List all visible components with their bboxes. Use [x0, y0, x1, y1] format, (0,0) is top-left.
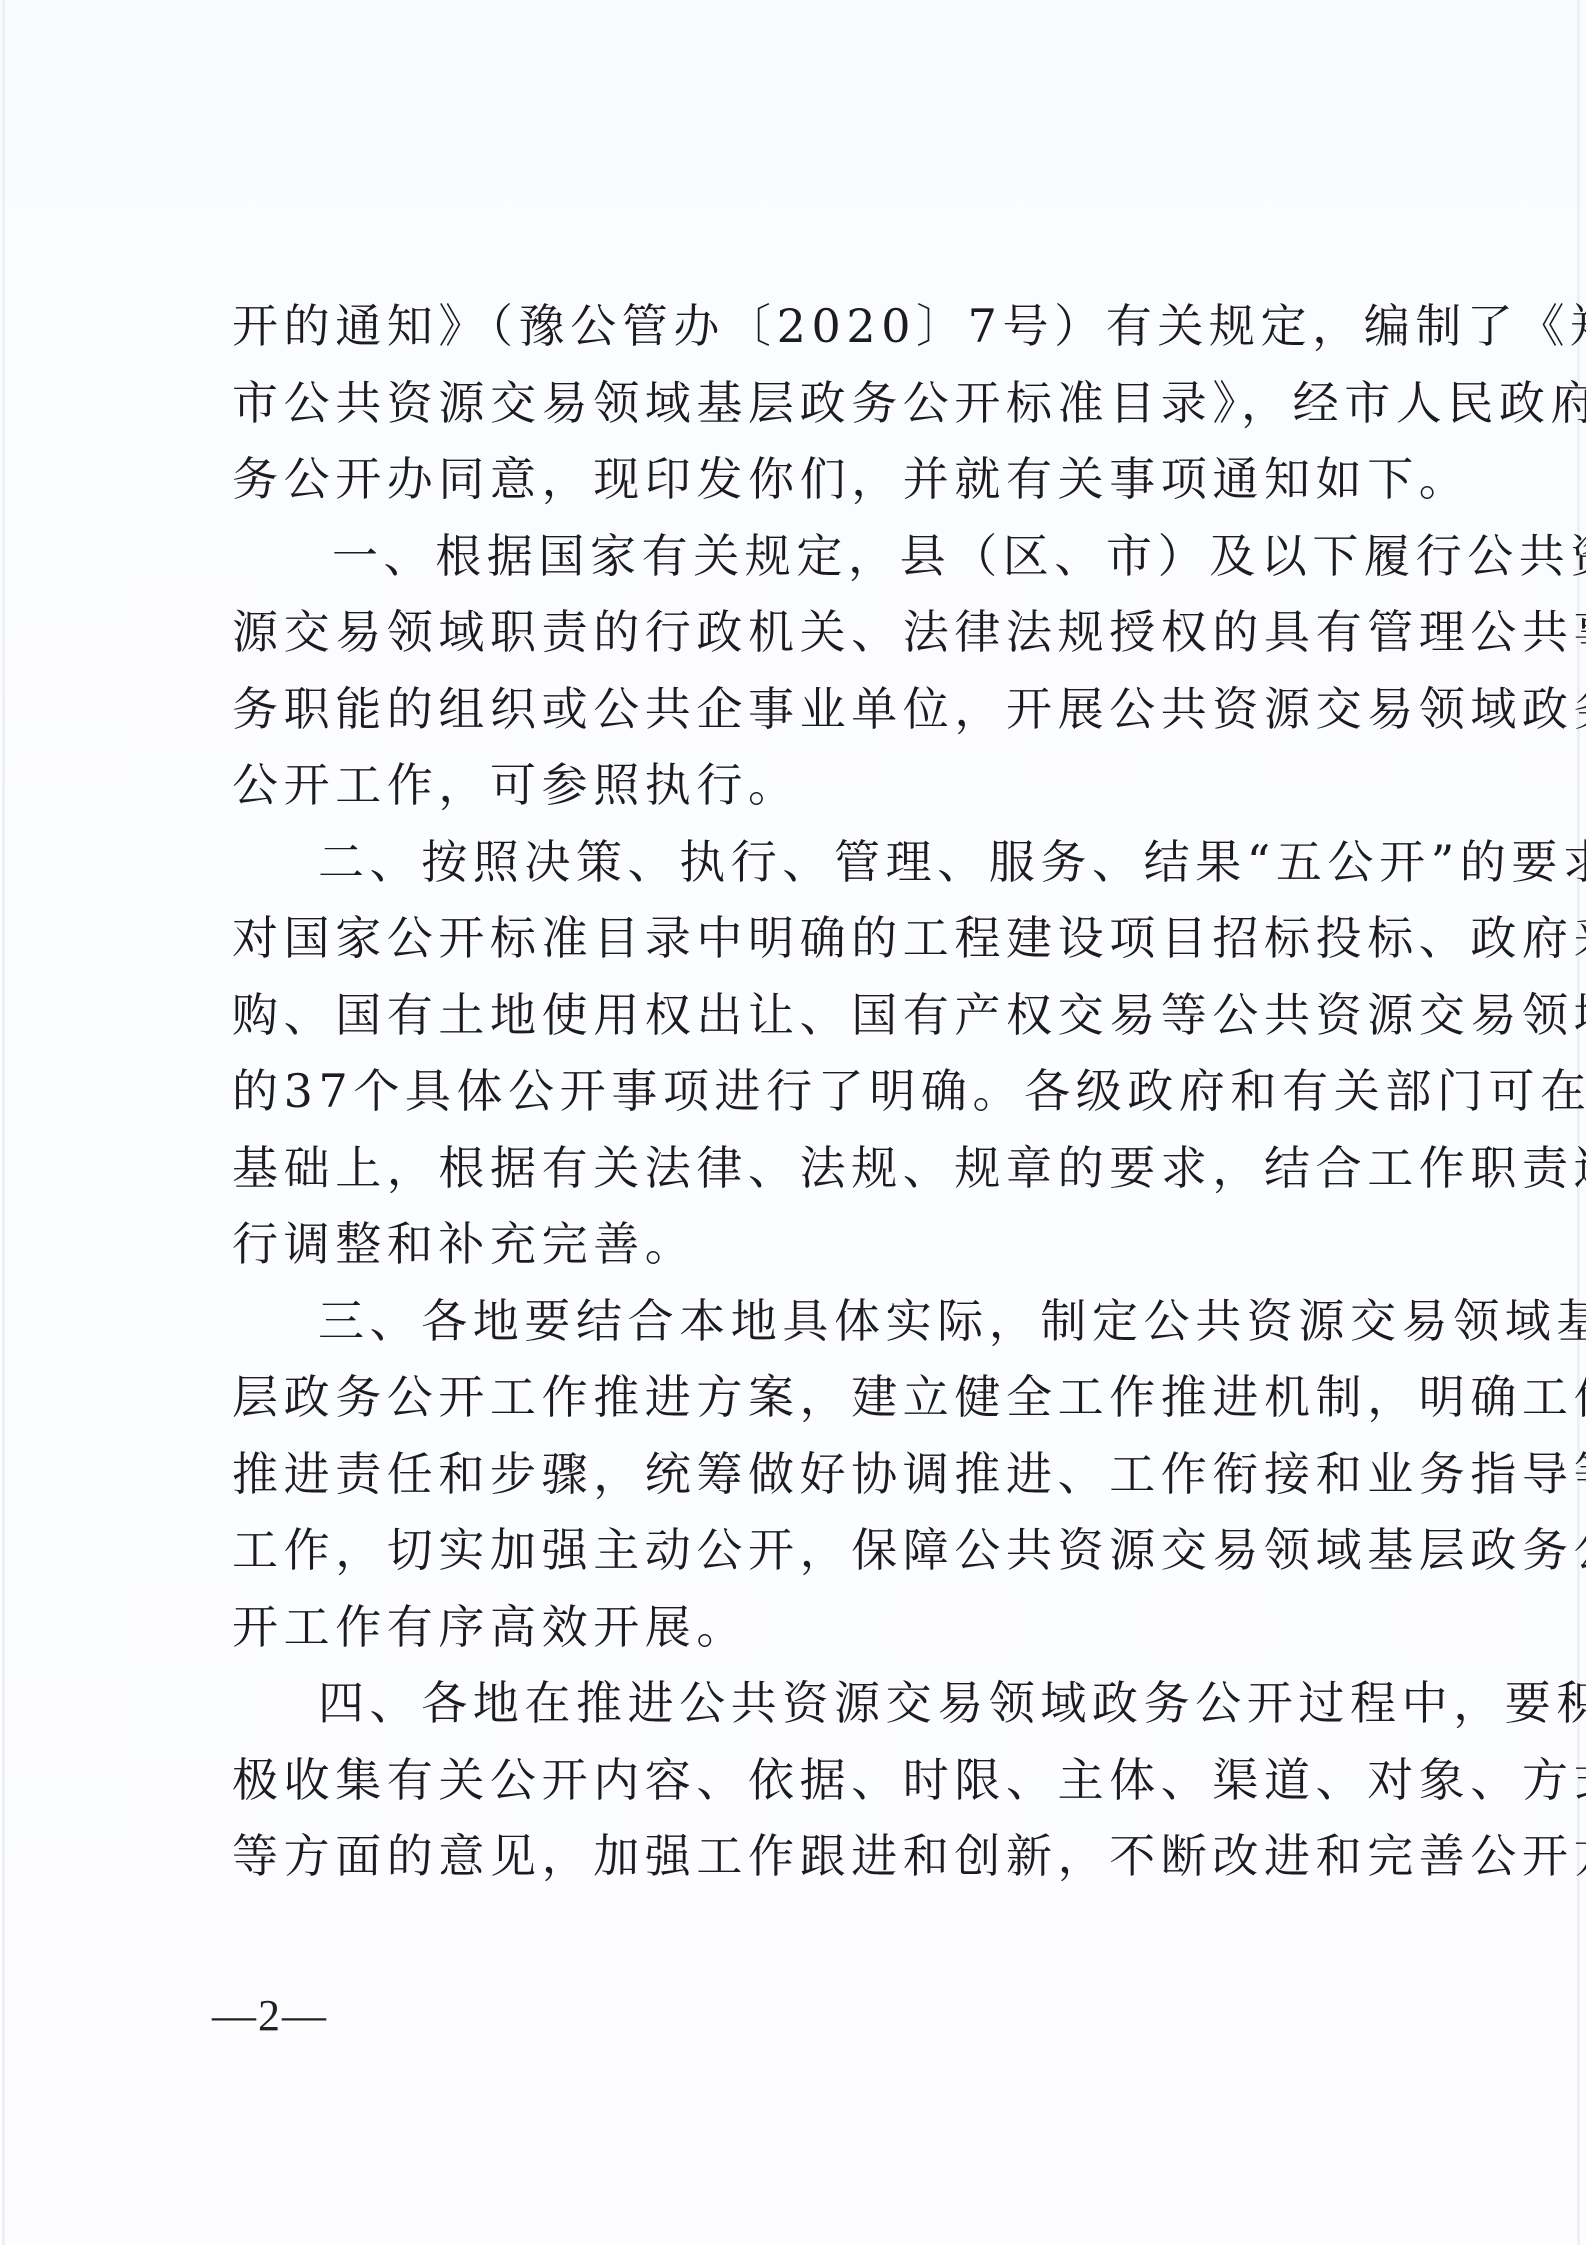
text-line: 开的通知》（豫公管办〔2020〕7号）有关规定，编制了《郑州	[232, 288, 1378, 365]
text-line: 工作，切实加强主动公开，保障公共资源交易领域基层政务公	[232, 1512, 1378, 1589]
text-line: 购、国有土地使用权出让、国有产权交易等公共资源交易领域	[232, 977, 1378, 1054]
text-line: 推进责任和步骤，统筹做好协调推进、工作衔接和业务指导等	[232, 1436, 1378, 1513]
document-body: 开的通知》（豫公管办〔2020〕7号）有关规定，编制了《郑州 市公共资源交易领域…	[232, 288, 1378, 1895]
text-line: 务职能的组织或公共企事业单位，开展公共资源交易领域政务	[232, 671, 1378, 748]
page-number: —2—	[212, 1990, 328, 2041]
page-edge-left	[2, 0, 5, 2245]
section-one-heading-line: 一、根据国家有关规定，县（区、市）及以下履行公共资	[232, 518, 1378, 595]
text-line: 务公开办同意，现印发你们，并就有关事项通知如下。	[232, 441, 1378, 518]
text-line: 极收集有关公开内容、依据、时限、主体、渠道、对象、方式	[232, 1742, 1378, 1819]
section-three-heading-line: 三、各地要结合本地具体实际，制定公共资源交易领域基	[232, 1283, 1378, 1360]
text-line: 源交易领域职责的行政机关、法律法规授权的具有管理公共事	[232, 594, 1378, 671]
text-line: 公开工作，可参照执行。	[232, 747, 1378, 824]
text-line: 等方面的意见，加强工作跟进和创新，不断改进和完善公开方	[232, 1818, 1378, 1895]
text-line: 层政务公开工作推进方案，建立健全工作推进机制，明确工作	[232, 1359, 1378, 1436]
text-line: 的37个具体公开事项进行了明确。各级政府和有关部门可在此	[232, 1053, 1378, 1130]
text-line: 行调整和补充完善。	[232, 1206, 1378, 1283]
text-line: 开工作有序高效开展。	[232, 1589, 1378, 1666]
text-line: 基础上，根据有关法律、法规、规章的要求，结合工作职责进	[232, 1130, 1378, 1207]
text-line: 市公共资源交易领域基层政务公开标准目录》，经市人民政府政	[232, 365, 1378, 442]
text-line: 对国家公开标准目录中明确的工程建设项目招标投标、政府采	[232, 900, 1378, 977]
section-four-heading-line: 四、各地在推进公共资源交易领域政务公开过程中，要积	[232, 1665, 1378, 1742]
section-two-heading-line: 二、按照决策、执行、管理、服务、结果“五公开”的要求，	[232, 824, 1378, 901]
document-page: 开的通知》（豫公管办〔2020〕7号）有关规定，编制了《郑州 市公共资源交易领域…	[0, 0, 1586, 2245]
